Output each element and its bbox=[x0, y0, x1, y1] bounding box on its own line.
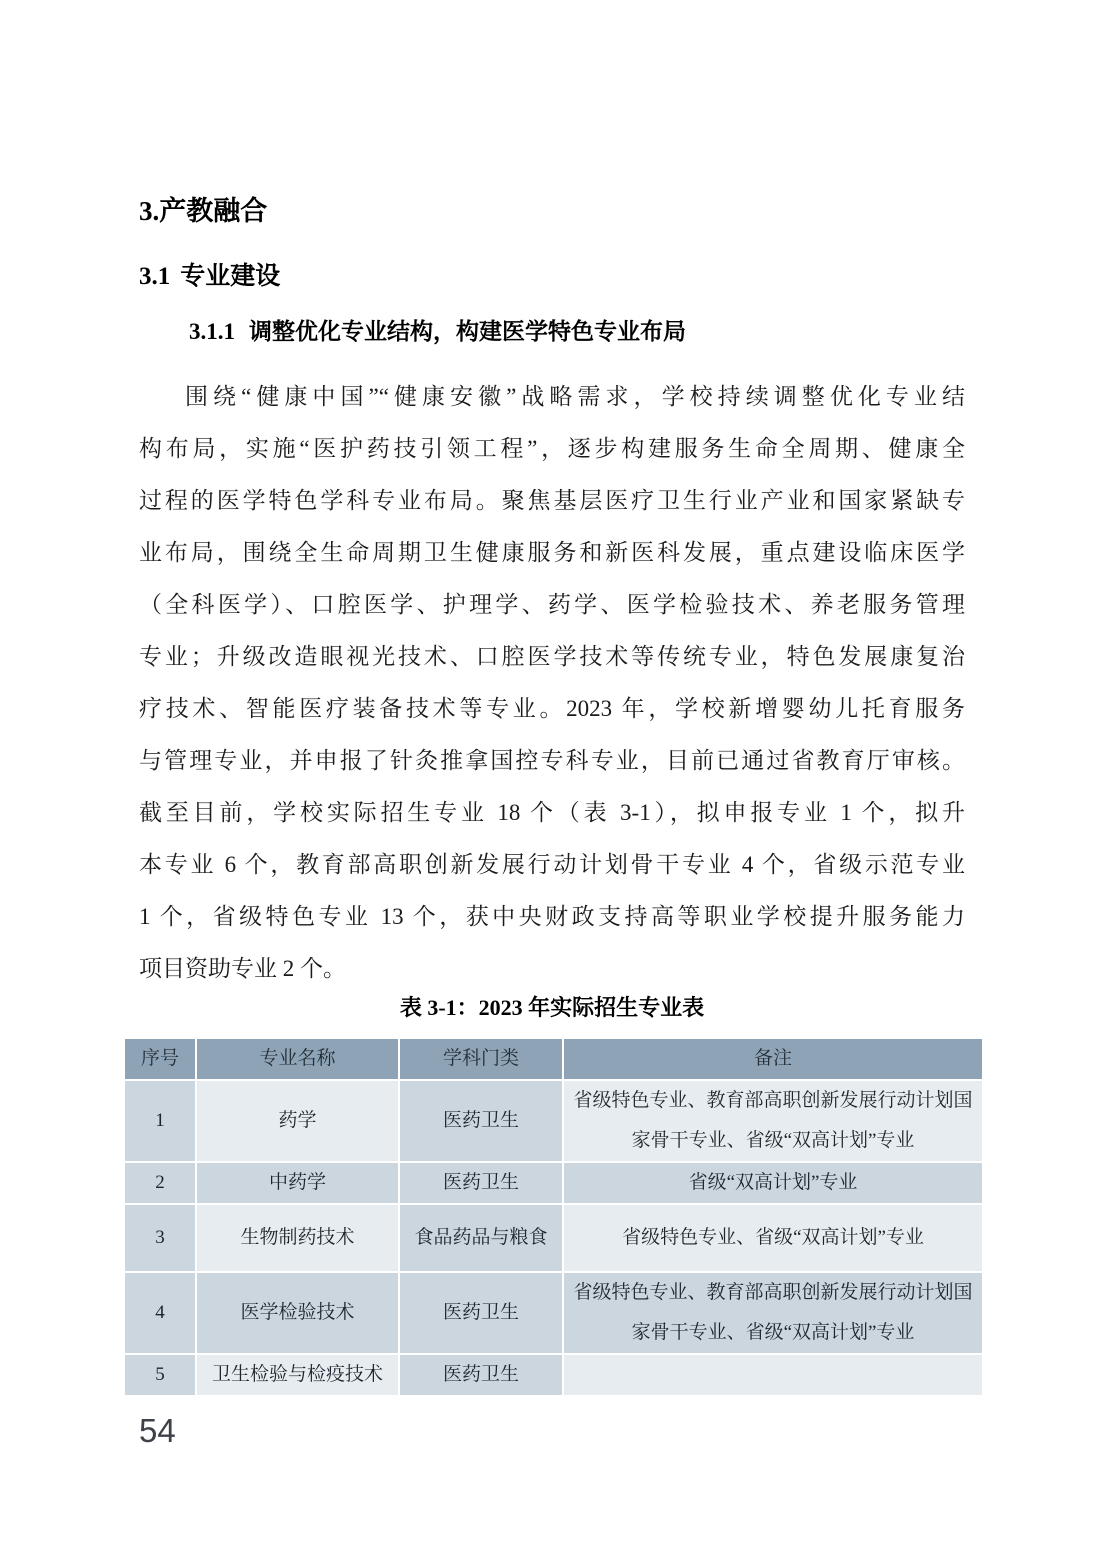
column-header-remark: 备注 bbox=[563, 1038, 983, 1080]
paragraph-line: （全科医学）、口腔医学、护理学、药学、医学检验技术、养老服务管理 bbox=[139, 579, 965, 631]
paragraph-line: 截至目前，学校实际招生专业 18 个（表 3-1），拟申报专业 1 个，拟升 bbox=[139, 787, 965, 839]
paragraph-line: 围绕“健康中国”“健康安徽”战略需求，学校持续调整优化专业结 bbox=[139, 371, 965, 423]
subsubsection-heading-number: 3.1.1 bbox=[189, 319, 235, 344]
table-row: 2 中药学 医药卫生 省级“双高计划”专业 bbox=[124, 1162, 983, 1204]
paragraph-line: 专业；升级改造眼视光技术、口腔医学技术等传统专业，特色发展康复治 bbox=[139, 631, 965, 683]
cell-category: 医药卫生 bbox=[399, 1354, 563, 1396]
column-header-major: 专业名称 bbox=[196, 1038, 399, 1080]
cell-major: 药学 bbox=[196, 1080, 399, 1162]
cell-index: 1 bbox=[124, 1080, 196, 1162]
subsubsection-heading-text: 调整优化专业结构，构建医学特色专业布局 bbox=[249, 319, 686, 344]
cell-remark: 省级“双高计划”专业 bbox=[563, 1162, 983, 1204]
paragraph-line: 与管理专业，并申报了针灸推拿国控专科专业，目前已通过省教育厅审核。 bbox=[139, 735, 965, 787]
table-row: 3 生物制药技术 食品药品与粮食 省级特色专业、省级“双高计划”专业 bbox=[124, 1204, 983, 1272]
page-number: 54 bbox=[139, 1413, 965, 1449]
paragraph-line: 疗技术、智能医疗装备技术等专业。2023 年，学校新增婴幼儿托育服务 bbox=[139, 683, 965, 735]
cell-index: 2 bbox=[124, 1162, 196, 1204]
cell-major: 中药学 bbox=[196, 1162, 399, 1204]
subsection-heading-number: 3.1 bbox=[139, 263, 170, 290]
paragraph-line: 项目资助专业 2 个。 bbox=[139, 943, 965, 995]
paragraph-line: 过程的医学特色学科专业布局。聚焦基层医疗卫生行业产业和国家紧缺专 bbox=[139, 475, 965, 527]
subsection-heading-text: 专业建设 bbox=[180, 262, 280, 290]
column-header-index: 序号 bbox=[124, 1038, 196, 1080]
table-caption: 表 3-1：2023 年实际招生专业表 bbox=[139, 995, 965, 1021]
cell-category: 医药卫生 bbox=[399, 1272, 563, 1354]
cell-category: 医药卫生 bbox=[399, 1080, 563, 1162]
cell-category: 医药卫生 bbox=[399, 1162, 563, 1204]
body-paragraph: 围绕“健康中国”“健康安徽”战略需求，学校持续调整优化专业结 构布局，实施“医护… bbox=[139, 371, 965, 995]
subsection-heading: 3.1专业建设 bbox=[139, 262, 965, 291]
paragraph-line: 构布局，实施“医护药技引领工程”，逐步构建服务生命全周期、健康全 bbox=[139, 423, 965, 475]
table-header-row: 序号 专业名称 学科门类 备注 bbox=[124, 1038, 983, 1080]
section-heading-number: 3. bbox=[139, 196, 159, 226]
section-heading: 3.产教融合 bbox=[139, 196, 965, 226]
paragraph-line: 1 个，省级特色专业 13 个，获中央财政支持高等职业学校提升服务能力 bbox=[139, 891, 965, 943]
document-page: 3.产教融合 3.1专业建设 3.1.1调整优化专业结构，构建医学特色专业布局 … bbox=[0, 0, 1102, 1559]
cell-remark: 省级特色专业、教育部高职创新发展行动计划国家骨干专业、省级“双高计划”专业 bbox=[563, 1272, 983, 1354]
cell-index: 5 bbox=[124, 1354, 196, 1396]
subsubsection-heading: 3.1.1调整优化专业结构，构建医学特色专业布局 bbox=[189, 319, 965, 345]
column-header-category: 学科门类 bbox=[399, 1038, 563, 1080]
cell-remark bbox=[563, 1354, 983, 1396]
cell-remark: 省级特色专业、省级“双高计划”专业 bbox=[563, 1204, 983, 1272]
cell-index: 3 bbox=[124, 1204, 196, 1272]
cell-major: 卫生检验与检疫技术 bbox=[196, 1354, 399, 1396]
paragraph-line: 本专业 6 个，教育部高职创新发展行动计划骨干专业 4 个，省级示范专业 bbox=[139, 839, 965, 891]
paragraph-line: 业布局，围绕全生命周期卫生健康服务和新医科发展，重点建设临床医学 bbox=[139, 527, 965, 579]
section-heading-text: 产教融合 bbox=[159, 196, 267, 226]
cell-major: 生物制药技术 bbox=[196, 1204, 399, 1272]
cell-major: 医学检验技术 bbox=[196, 1272, 399, 1354]
cell-remark: 省级特色专业、教育部高职创新发展行动计划国家骨干专业、省级“双高计划”专业 bbox=[563, 1080, 983, 1162]
enrollment-majors-table: 序号 专业名称 学科门类 备注 1 药学 医药卫生 省级特色专业、教育部高职创新… bbox=[123, 1037, 984, 1397]
cell-index: 4 bbox=[124, 1272, 196, 1354]
table-row: 4 医学检验技术 医药卫生 省级特色专业、教育部高职创新发展行动计划国家骨干专业… bbox=[124, 1272, 983, 1354]
cell-category: 食品药品与粮食 bbox=[399, 1204, 563, 1272]
table-row: 5 卫生检验与检疫技术 医药卫生 bbox=[124, 1354, 983, 1396]
table-row: 1 药学 医药卫生 省级特色专业、教育部高职创新发展行动计划国家骨干专业、省级“… bbox=[124, 1080, 983, 1162]
